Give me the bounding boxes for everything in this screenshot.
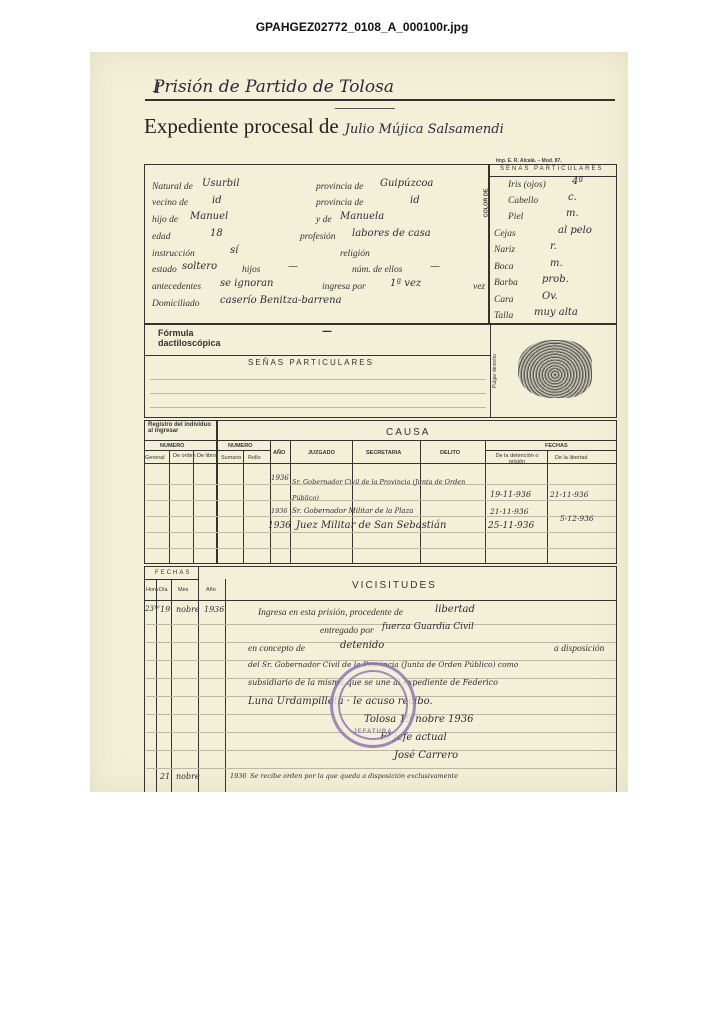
official-stamp: JEFATURA [330, 662, 416, 748]
signature-name: José Carrero [394, 750, 458, 761]
senas-header: SEÑAS PARTICULARES [500, 166, 603, 172]
formula-label: Fórmula dactiloscópica [158, 328, 248, 348]
concepto-value: detenido [340, 640, 384, 651]
pulgar-label: Pulgar derecho [492, 354, 498, 388]
padre-value: Manuel [190, 211, 228, 222]
title-name: Julio Mújica Salsamendi [345, 122, 504, 137]
profesion-value: labores de casa [352, 228, 431, 239]
madre-value: Manuela [340, 211, 384, 222]
fingerprint-image [518, 340, 592, 398]
folio-number: 1 [153, 79, 601, 97]
entregado-value: fuerza Guardia Civil [382, 622, 474, 632]
natural-value: Usurbil [202, 178, 240, 189]
domicilio-value: caserío Benitza-barrena [220, 295, 342, 306]
provincia2-value: id [410, 195, 420, 206]
provincia-value: Guipúzcoa [380, 178, 433, 189]
prison-header: Prisión de Partido de Tolosa 1 [145, 77, 615, 101]
registro-header: Registro del individuo al ingresar [148, 422, 214, 434]
senas-particulares-header: SEÑAS PARTICULARES [248, 358, 374, 367]
causa-title: CAUSA [386, 427, 430, 438]
ornament-divider [335, 108, 395, 109]
ingresa-value: 1ª vez [390, 278, 421, 289]
edad-value: 18 [210, 228, 223, 239]
document-title: Expediente procesal deJulio Mújica Salsa… [144, 114, 504, 139]
procedente-value: libertad [435, 604, 475, 615]
title-label: Expediente procesal de [144, 114, 339, 138]
estado-value: soltero [182, 261, 217, 272]
antecedentes-value: se ignoran [220, 278, 273, 289]
file-name: GPAHGEZ02772_0108_A_000100r.jpg [0, 20, 724, 34]
color-de-label: COLOR DE [484, 188, 490, 217]
vicisitudes-title: VICISITUDES [352, 580, 437, 591]
document-page: Prisión de Partido de Tolosa 1 Expedient… [90, 52, 628, 792]
instruccion-value: sí [230, 245, 238, 256]
vecino-value: id [212, 195, 222, 206]
formula-value: — [322, 326, 332, 337]
